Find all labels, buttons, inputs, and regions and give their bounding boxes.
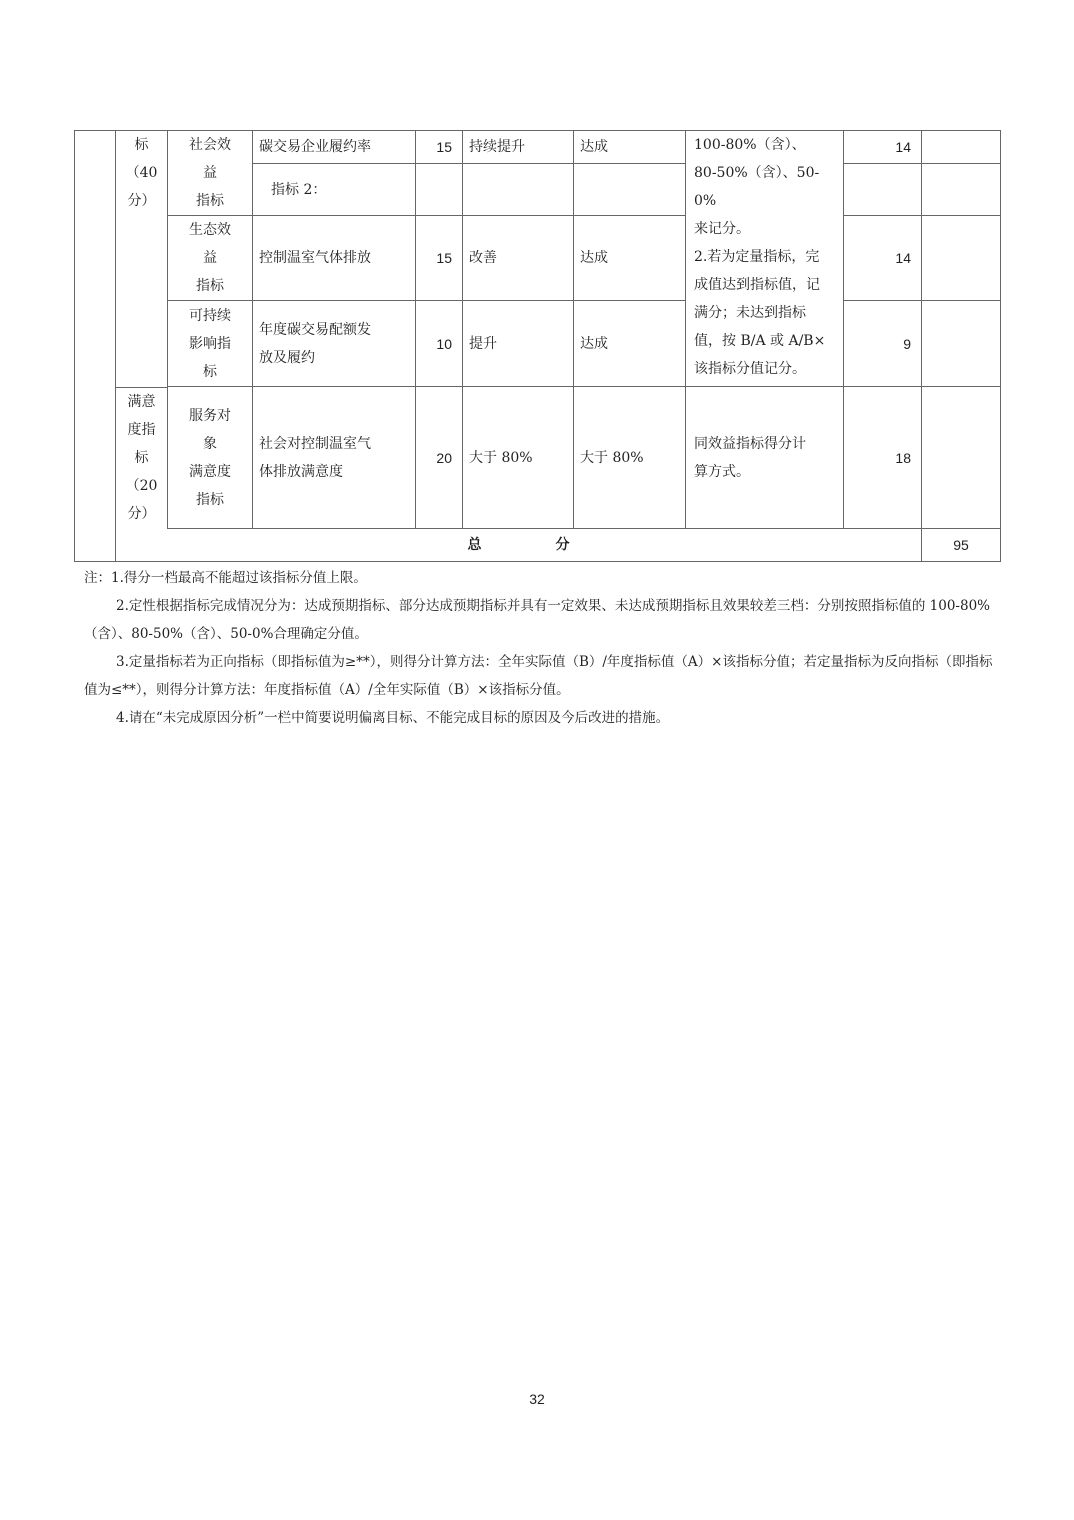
weight-cell: 15 bbox=[416, 131, 463, 164]
note-1: 注：1.得分一档最高不能超过该指标分值上限。 bbox=[84, 564, 1000, 592]
page-number: 32 bbox=[0, 1391, 1074, 1407]
table-row: 服务对 象 满意度 指标 社会对控制温室气 体排放满意度 20 大于 80% 大… bbox=[75, 387, 1001, 529]
indicator-cell: 年度碳交易配额发 放及履约 bbox=[253, 301, 416, 387]
outer-category-cell bbox=[75, 131, 116, 562]
indicator-cell: 社会对控制温室气 体排放满意度 bbox=[253, 387, 416, 529]
score-cell: 18 bbox=[844, 387, 922, 529]
weight-cell bbox=[416, 164, 463, 216]
actual-cell: 达成 bbox=[574, 216, 686, 301]
scoring-method-cell: 100-80%（含）、 80-50%（含）、50-0% 来记分。 2.若为定量指… bbox=[686, 131, 844, 387]
satisfaction-method-cell: 同效益指标得分计 算方式。 bbox=[686, 387, 844, 529]
notes-section: 注：1.得分一档最高不能超过该指标分值上限。 2.定性根据指标完成情况分为：达成… bbox=[84, 564, 1000, 732]
score-cell bbox=[844, 164, 922, 216]
score-cell: 9 bbox=[844, 301, 922, 387]
note-4: 4.请在“未完成原因分析”一栏中简要说明偏离目标、不能完成目标的原因及今后改进的… bbox=[84, 704, 1000, 732]
actual-cell bbox=[574, 164, 686, 216]
actual-cell: 大于 80% bbox=[574, 387, 686, 529]
performance-evaluation-table: 标 （40 分） 社会效 益 指标 碳交易企业履约率 15 持续提升 达成 10… bbox=[74, 130, 1001, 562]
subcategory-sustainable-cell: 可持续 影响指 标 bbox=[168, 301, 253, 387]
weight-cell: 20 bbox=[416, 387, 463, 529]
total-label-cell: 总分 bbox=[116, 529, 922, 562]
target-cell: 改善 bbox=[463, 216, 574, 301]
remark-cell bbox=[922, 301, 1001, 387]
target-cell: 提升 bbox=[463, 301, 574, 387]
remark-cell bbox=[922, 216, 1001, 301]
indicator-cell: 碳交易企业履约率 bbox=[253, 131, 416, 164]
note-2: 2.定性根据指标完成情况分为：达成预期指标、部分达成预期指标并具有一定效果、未达… bbox=[84, 592, 1000, 648]
score-cell: 14 bbox=[844, 131, 922, 164]
score-cell: 14 bbox=[844, 216, 922, 301]
subcategory-social-cell: 社会效 益 指标 bbox=[168, 131, 253, 216]
subcategory-ecological-cell: 生态效 益 指标 bbox=[168, 216, 253, 301]
subcategory-service-satisfaction-cell: 服务对 象 满意度 指标 bbox=[168, 387, 253, 529]
target-cell bbox=[463, 164, 574, 216]
category-satisfaction-cell: 满意 度指 标 （20 分） bbox=[116, 387, 167, 529]
actual-cell: 达成 bbox=[574, 301, 686, 387]
total-label-char-1: 总 bbox=[468, 531, 482, 559]
actual-cell: 达成 bbox=[574, 131, 686, 164]
remark-cell bbox=[922, 387, 1001, 529]
remark-cell bbox=[922, 131, 1001, 164]
target-cell: 持续提升 bbox=[463, 131, 574, 164]
table-row: 生态效 益 指标 控制温室气体排放 15 改善 达成 14 bbox=[75, 216, 1001, 301]
weight-cell: 10 bbox=[416, 301, 463, 387]
table-row: 可持续 影响指 标 年度碳交易配额发 放及履约 10 提升 达成 9 bbox=[75, 301, 1001, 387]
weight-cell: 15 bbox=[416, 216, 463, 301]
remark-cell bbox=[922, 164, 1001, 216]
table-row: 标 （40 分） 社会效 益 指标 碳交易企业履约率 15 持续提升 达成 10… bbox=[75, 131, 1001, 164]
total-label-char-2: 分 bbox=[556, 531, 570, 559]
target-cell: 大于 80% bbox=[463, 387, 574, 529]
indicator-cell: 指标 2： bbox=[253, 164, 416, 216]
total-score-cell: 95 bbox=[922, 529, 1001, 562]
note-3: 3.定量指标若为正向指标（即指标值为≥**），则得分计算方法：全年实际值（B）/… bbox=[84, 648, 1000, 704]
total-row: 总分 95 bbox=[75, 529, 1001, 562]
indicator-cell: 控制温室气体排放 bbox=[253, 216, 416, 301]
